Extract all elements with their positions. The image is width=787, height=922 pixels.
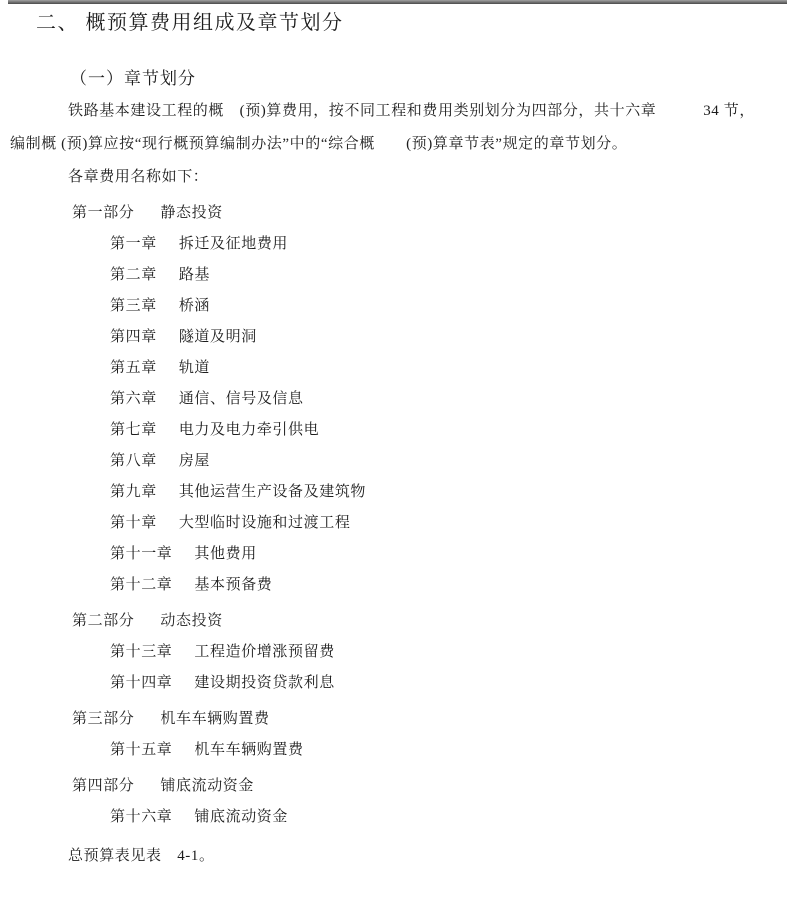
- outline-row-chapter: 第十四章建设期投资贷款利息: [0, 668, 787, 699]
- outline-row-chapter: 第八章房屋: [0, 446, 787, 477]
- outline-name: 动态投资: [160, 613, 222, 629]
- outline-row-chapter: 第十一章其他费用: [0, 539, 787, 570]
- outline-label: 第一章: [110, 236, 157, 252]
- outline-row-chapter: 第六章通信、信号及信息: [0, 384, 787, 415]
- outline-row-chapter: 第十六章铺底流动资金: [0, 802, 787, 833]
- outline-name: 隧道及明洞: [179, 329, 257, 345]
- outline-row-chapter: 第一章拆迁及征地费用: [0, 229, 787, 260]
- outline-name: 静态投资: [160, 205, 222, 221]
- outline-label: 第七章: [110, 422, 157, 438]
- outline-name: 拆迁及征地费用: [179, 236, 288, 252]
- outline-name: 铺底流动资金: [160, 778, 254, 794]
- outline-label: 第二部分: [72, 613, 134, 629]
- top-accent-bar: [8, 0, 787, 4]
- outline-name: 其他费用: [194, 546, 256, 562]
- outline-name: 轨道: [179, 360, 210, 376]
- outline-row-chapter: 第十章大型临时设施和过渡工程: [0, 508, 787, 539]
- outline-row-chapter: 第七章电力及电力牵引供电: [0, 415, 787, 446]
- outline-label: 第十二章: [110, 577, 172, 593]
- outline-name: 通信、信号及信息: [179, 391, 304, 407]
- outline-label: 第三章: [110, 298, 157, 314]
- outline-name: 大型临时设施和过渡工程: [179, 515, 351, 531]
- outline-label: 第五章: [110, 360, 157, 376]
- outline-row-part: 第四部分铺底流动资金: [0, 771, 787, 802]
- outline-row-chapter: 第十五章机车车辆购置费: [0, 735, 787, 766]
- outline-label: 第九章: [110, 484, 157, 500]
- outline-row-chapter: 第九章其他运营生产设备及建筑物: [0, 477, 787, 508]
- outline-label: 第十六章: [110, 809, 172, 825]
- outline-row-chapter: 第十二章基本预备费: [0, 570, 787, 601]
- outline-name: 路基: [179, 267, 210, 283]
- outline-name: 基本预备费: [194, 577, 272, 593]
- outline-name: 工程造价增涨预留费: [194, 644, 334, 660]
- outline-name: 机车车辆购置费: [160, 711, 269, 727]
- outline-label: 第二章: [110, 267, 157, 283]
- outline-label: 第四部分: [72, 778, 134, 794]
- section-heading: （一）章节划分: [70, 64, 196, 89]
- intro-line-2: 编制概 (预)算应按“现行概预算编制办法”中的“综合概 (预)算章节表”规定的章…: [10, 132, 627, 153]
- intro-line-3: 各章费用名称如下：: [68, 165, 208, 186]
- outline-label: 第十四章: [110, 675, 172, 691]
- outline-row-part: 第一部分静态投资: [0, 198, 787, 229]
- outline-row-chapter: 第三章桥涵: [0, 291, 787, 322]
- outline-label: 第十章: [110, 515, 157, 531]
- outline-row-chapter: 第二章路基: [0, 260, 787, 291]
- outline-label: 第十五章: [110, 742, 172, 758]
- footer-note: 总预算表见表 4-1。: [0, 841, 787, 872]
- outline-name: 其他运营生产设备及建筑物: [179, 484, 366, 500]
- outline-label: 第四章: [110, 329, 157, 345]
- outline-row-chapter: 第十三章工程造价增涨预留费: [0, 637, 787, 668]
- outline-name: 建设期投资贷款利息: [194, 675, 334, 691]
- outline-row-part: 第三部分机车车辆购置费: [0, 704, 787, 735]
- outline-label: 第三部分: [72, 711, 134, 727]
- outline-name: 机车车辆购置费: [194, 742, 303, 758]
- outline-name: 铺底流动资金: [194, 809, 288, 825]
- doc-title: 二、 概预算费用组成及章节划分: [36, 6, 344, 35]
- outline-label: 第一部分: [72, 205, 134, 221]
- outline-row-part: 第二部分动态投资: [0, 606, 787, 637]
- outline-row-chapter: 第五章轨道: [0, 353, 787, 384]
- outline-label: 第十三章: [110, 644, 172, 660]
- outline-label: 第六章: [110, 391, 157, 407]
- outline-name: 电力及电力牵引供电: [179, 422, 319, 438]
- intro-line-1: 铁路基本建设工程的概 (预)算费用，按不同工程和费用类别划分为四部分，共十六章 …: [68, 99, 755, 120]
- outline-row-chapter: 第四章隧道及明洞: [0, 322, 787, 353]
- outline-name: 桥涵: [179, 298, 210, 314]
- chapter-outline: 第一部分静态投资第一章拆迁及征地费用第二章路基第三章桥涵第四章隧道及明洞第五章轨…: [0, 193, 787, 872]
- outline-label: 第十一章: [110, 546, 172, 562]
- outline-name: 房屋: [179, 453, 210, 469]
- outline-label: 第八章: [110, 453, 157, 469]
